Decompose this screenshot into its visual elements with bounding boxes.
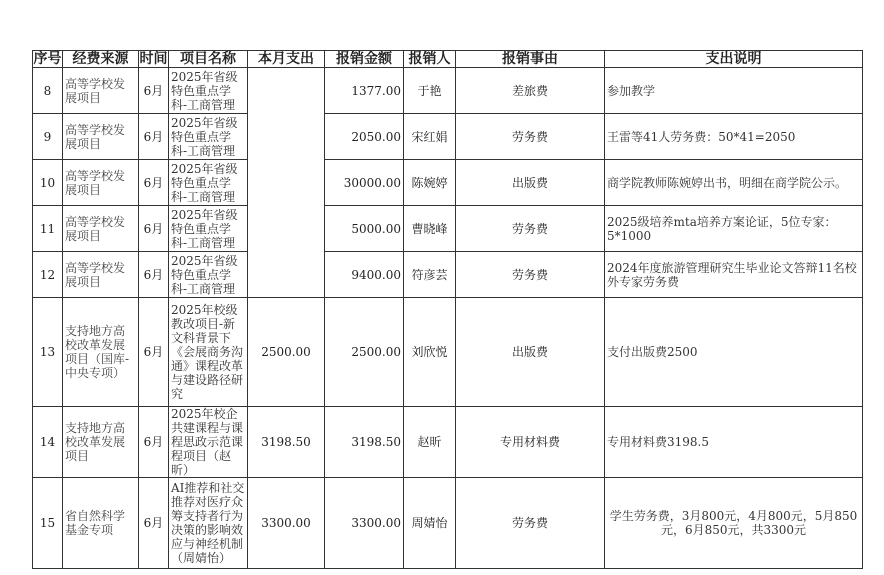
table-row: 11 高等学校发展项目 6月 2025年省级特色重点学科-工商管理 5000.0…: [33, 206, 863, 252]
cell-note: 专用材料费3198.5: [605, 407, 863, 478]
cell-no: 15: [33, 478, 63, 569]
cell-amount: 30000.00: [325, 160, 404, 206]
cell-amount: 1377.00: [325, 68, 404, 114]
table-row: 13 支持地方高校改革发展项目（国库-中央专项） 6月 2025年校级教改项目-…: [33, 298, 863, 407]
cell-project: 2025年省级特色重点学科-工商管理: [169, 252, 248, 298]
header-monthly: 本月支出: [248, 51, 325, 68]
cell-amount: 2500.00: [325, 298, 404, 407]
cell-monthly-merged: [248, 68, 325, 298]
cell-person: 刘欣悦: [404, 298, 456, 407]
cell-reason: 出版费: [456, 160, 605, 206]
table-row: 12 高等学校发展项目 6月 2025年省级特色重点学科-工商管理 9400.0…: [33, 252, 863, 298]
cell-project: 2025年省级特色重点学科-工商管理: [169, 206, 248, 252]
cell-project: 2025年校企共建课程与课程思政示范课程项目（赵昕）: [169, 407, 248, 478]
cell-person: 陈婉婷: [404, 160, 456, 206]
cell-project: 2025年省级特色重点学科-工商管理: [169, 68, 248, 114]
cell-project: 2025年校级教改项目-新文科背景下《会展商务沟通》课程改革与建设路径研究: [169, 298, 248, 407]
cell-reason: 劳务费: [456, 478, 605, 569]
cell-project: 2025年省级特色重点学科-工商管理: [169, 160, 248, 206]
cell-note: 商学院教师陈婉婷出书，明细在商学院公示。: [605, 160, 863, 206]
cell-time: 6月: [139, 160, 169, 206]
header-reason: 报销事由: [456, 51, 605, 68]
table-row: 14 支持地方高校改革发展项目 6月 2025年校企共建课程与课程思政示范课程项…: [33, 407, 863, 478]
cell-reason: 劳务费: [456, 252, 605, 298]
expense-table: 序号 经费来源 时间 项目名称 本月支出 报销金额 报销人 报销事由 支出说明 …: [32, 50, 863, 569]
cell-monthly: 2500.00: [248, 298, 325, 407]
header-time: 时间: [139, 51, 169, 68]
header-person: 报销人: [404, 51, 456, 68]
cell-amount: 9400.00: [325, 252, 404, 298]
cell-reason: 劳务费: [456, 206, 605, 252]
cell-no: 13: [33, 298, 63, 407]
cell-person: 周婧怡: [404, 478, 456, 569]
cell-source: 高等学校发展项目: [63, 160, 139, 206]
cell-amount: 2050.00: [325, 114, 404, 160]
cell-note: 学生劳务费，3月800元，4月800元，5月850元，6月850元，共3300元: [605, 478, 863, 569]
table-row: 9 高等学校发展项目 6月 2025年省级特色重点学科-工商管理 2050.00…: [33, 114, 863, 160]
cell-reason: 差旅费: [456, 68, 605, 114]
cell-person: 赵昕: [404, 407, 456, 478]
cell-time: 6月: [139, 114, 169, 160]
cell-source: 支持地方高校改革发展项目: [63, 407, 139, 478]
cell-reason: 专用材料费: [456, 407, 605, 478]
cell-time: 6月: [139, 252, 169, 298]
cell-note: 参加教学: [605, 68, 863, 114]
cell-no: 14: [33, 407, 63, 478]
table-row: 15 省自然科学基金专项 6月 AI推荐和社交推荐对医疗众筹支持者行为决策的影响…: [33, 478, 863, 569]
table-row: 8 高等学校发展项目 6月 2025年省级特色重点学科-工商管理 1377.00…: [33, 68, 863, 114]
cell-source: 高等学校发展项目: [63, 252, 139, 298]
cell-reason: 出版费: [456, 298, 605, 407]
cell-note: 2024年度旅游管理研究生毕业论文答辩11名校外专家劳务费: [605, 252, 863, 298]
cell-time: 6月: [139, 478, 169, 569]
header-source: 经费来源: [63, 51, 139, 68]
cell-person: 曹晓峰: [404, 206, 456, 252]
cell-time: 6月: [139, 68, 169, 114]
header-note: 支出说明: [605, 51, 863, 68]
table-row: 10 高等学校发展项目 6月 2025年省级特色重点学科-工商管理 30000.…: [33, 160, 863, 206]
cell-source: 高等学校发展项目: [63, 206, 139, 252]
cell-project: AI推荐和社交推荐对医疗众筹支持者行为决策的影响效应与神经机制（周婧怡）: [169, 478, 248, 569]
cell-note: 2025级培养mta培养方案论证，5位专家：5*1000: [605, 206, 863, 252]
cell-no: 12: [33, 252, 63, 298]
cell-no: 9: [33, 114, 63, 160]
cell-source: 支持地方高校改革发展项目（国库-中央专项）: [63, 298, 139, 407]
cell-person: 于艳: [404, 68, 456, 114]
cell-no: 10: [33, 160, 63, 206]
cell-time: 6月: [139, 407, 169, 478]
cell-project: 2025年省级特色重点学科-工商管理: [169, 114, 248, 160]
cell-no: 8: [33, 68, 63, 114]
cell-time: 6月: [139, 206, 169, 252]
cell-monthly: 3300.00: [248, 478, 325, 569]
cell-person: 宋红娟: [404, 114, 456, 160]
cell-amount: 3198.50: [325, 407, 404, 478]
cell-monthly: 3198.50: [248, 407, 325, 478]
cell-reason: 劳务费: [456, 114, 605, 160]
cell-time: 6月: [139, 298, 169, 407]
cell-source: 高等学校发展项目: [63, 68, 139, 114]
header-row: 序号 经费来源 时间 项目名称 本月支出 报销金额 报销人 报销事由 支出说明: [33, 51, 863, 68]
cell-source: 高等学校发展项目: [63, 114, 139, 160]
cell-amount: 3300.00: [325, 478, 404, 569]
header-no: 序号: [33, 51, 63, 68]
cell-no: 11: [33, 206, 63, 252]
cell-amount: 5000.00: [325, 206, 404, 252]
header-project: 项目名称: [169, 51, 248, 68]
cell-note: 支付出版费2500: [605, 298, 863, 407]
cell-note: 王雷等41人劳务费：50*41=2050: [605, 114, 863, 160]
cell-source: 省自然科学基金专项: [63, 478, 139, 569]
header-amount: 报销金额: [325, 51, 404, 68]
cell-person: 符彦芸: [404, 252, 456, 298]
